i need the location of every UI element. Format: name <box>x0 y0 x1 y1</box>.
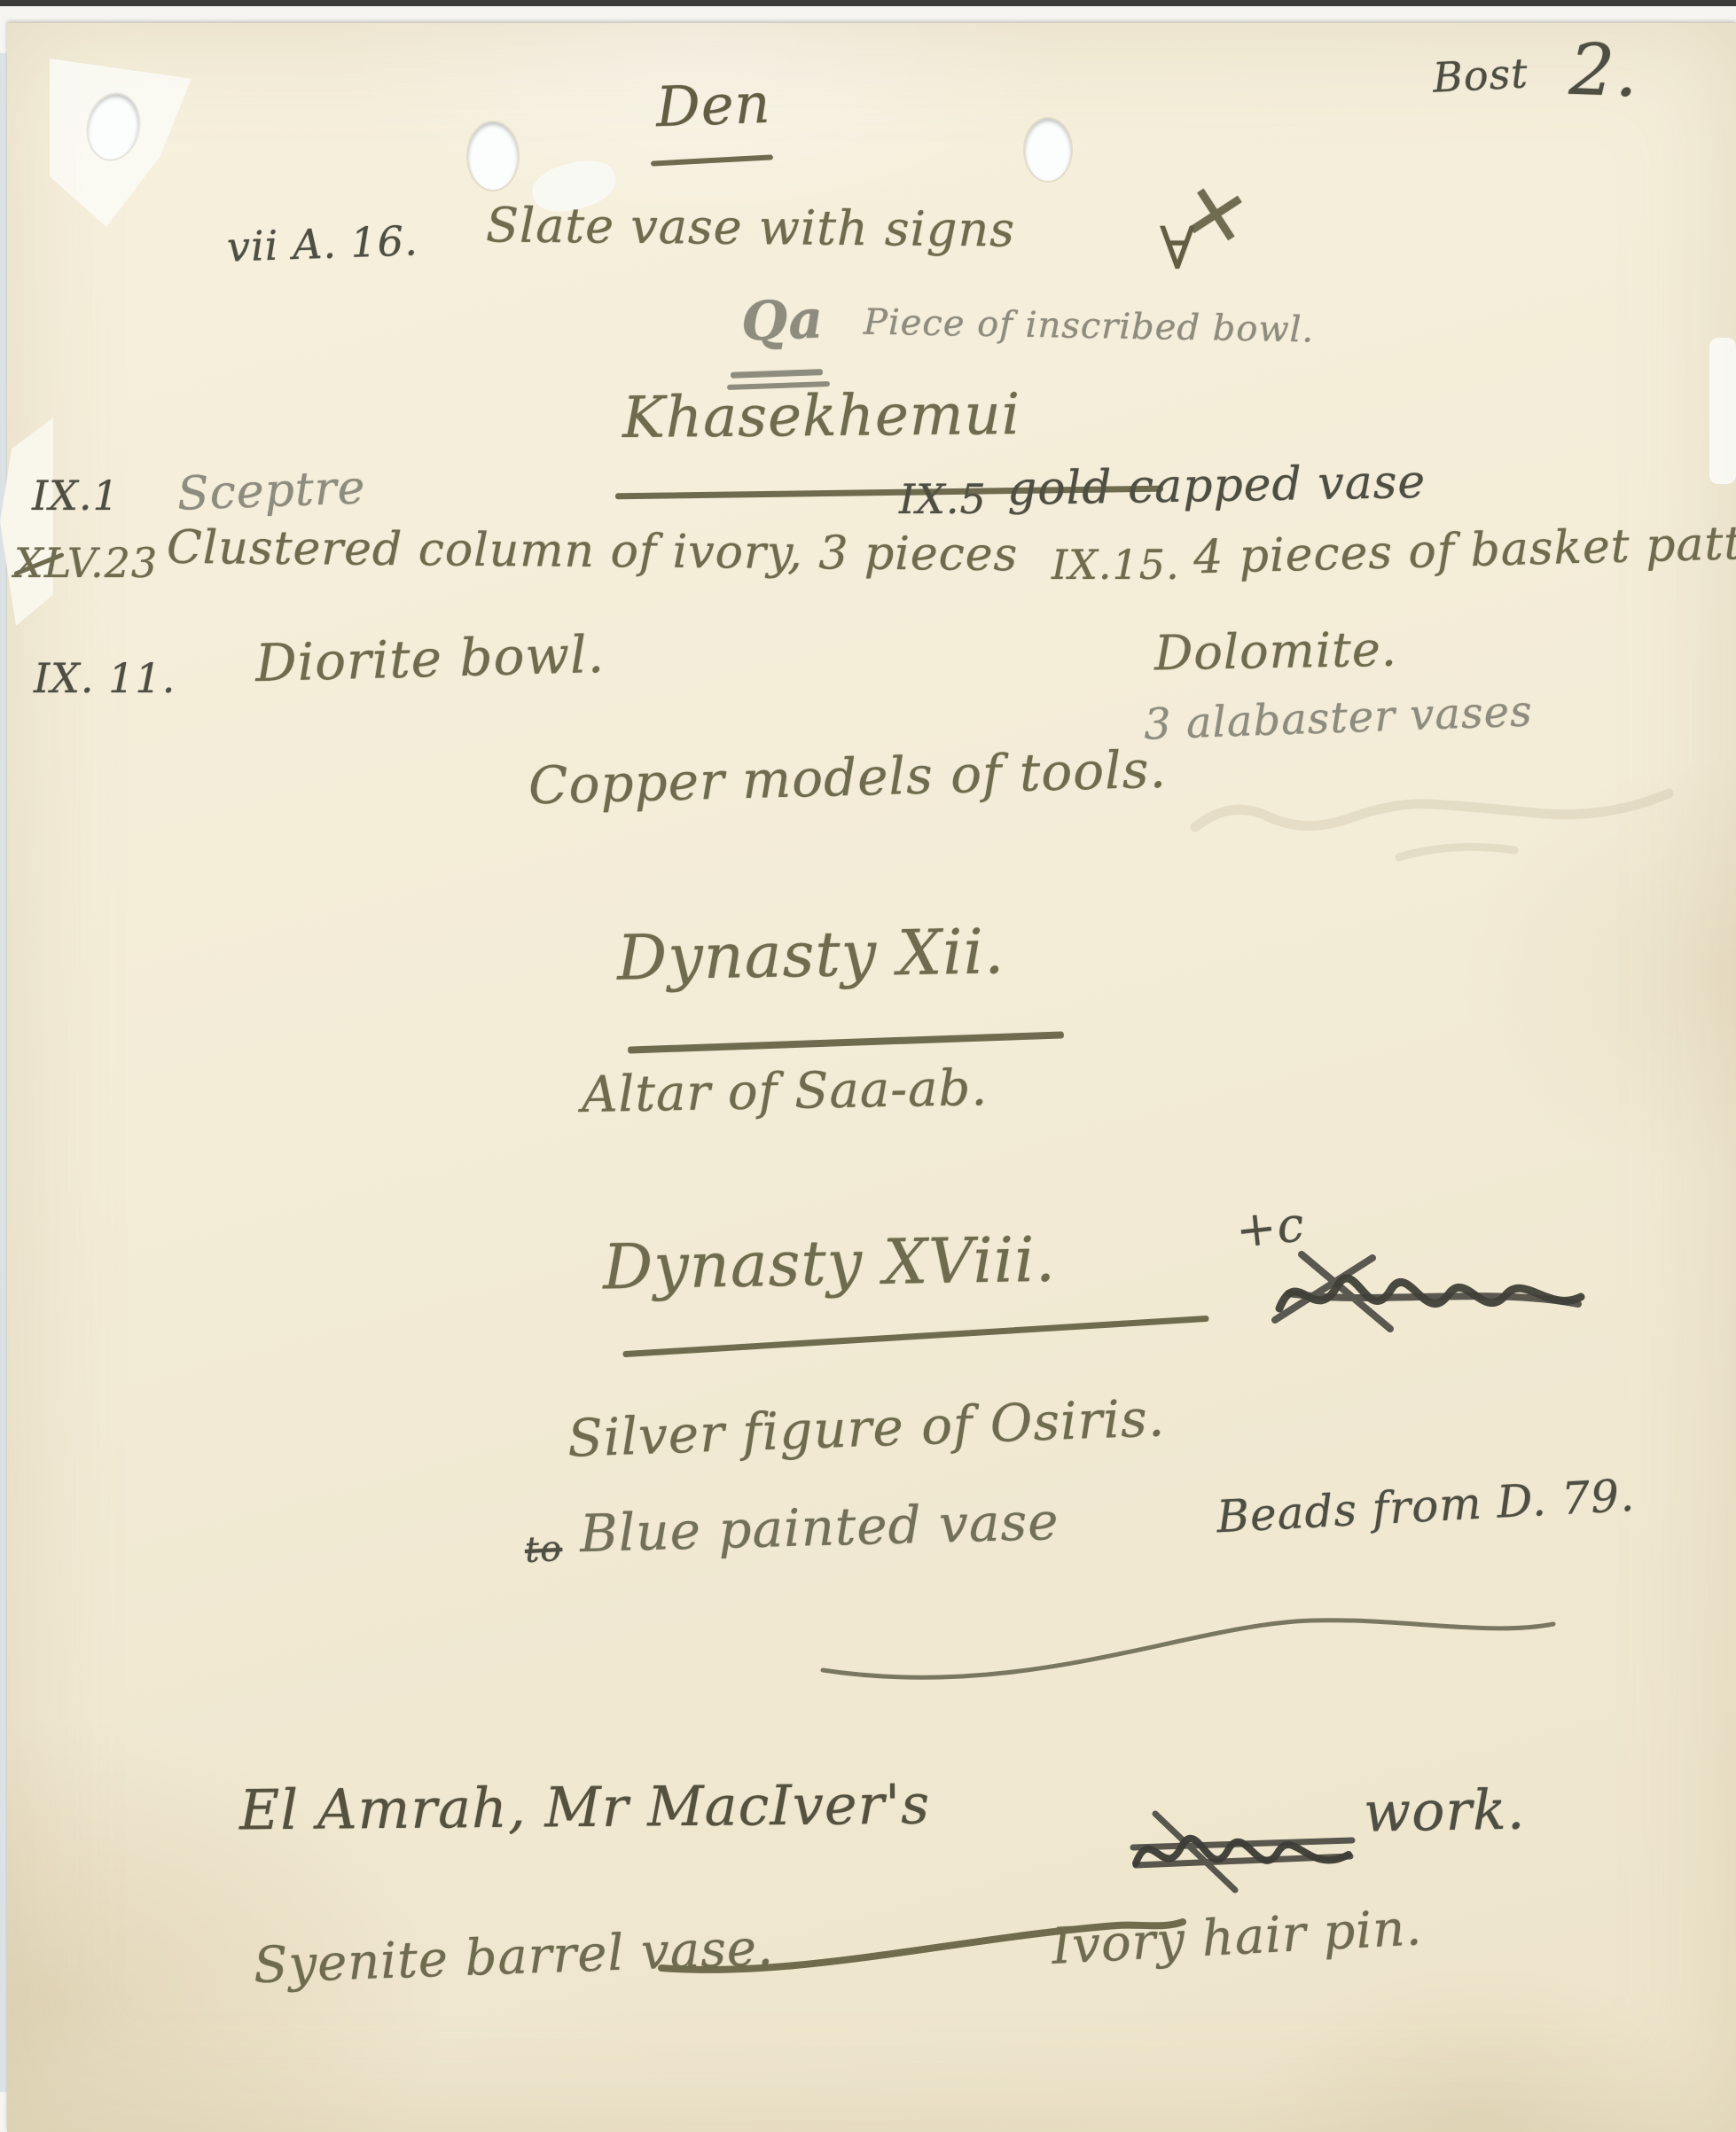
torn-edge-flap <box>0 418 53 626</box>
den-entry-text: Slate vase with signs <box>486 201 1015 254</box>
entry-ref-ix1: IX.1 <box>32 475 120 516</box>
entry-ref-ix15: IX.15. <box>1052 544 1180 585</box>
entry-blue-painted-vase: Blue painted vase <box>579 1496 1060 1559</box>
dynasty-xii-underline <box>628 1031 1064 1053</box>
entry-basket-pattern: 4 pieces of basket pattern <box>1193 519 1736 582</box>
entry-clustered-column: Clustered column of ivory, 3 pieces <box>167 525 1019 578</box>
qa-note: Piece of inscribed bowl. <box>864 305 1315 348</box>
entry-altar: Altar of Saa-ab. <box>582 1064 989 1121</box>
entry-copper-models: Copper models of tools. <box>528 744 1167 812</box>
entry-ref-ix11: IX. 11. <box>34 658 176 699</box>
erased-pencil-ghost <box>1186 772 1683 870</box>
el-amrah-heading-start: El Amrah, Mr MacIver's <box>239 1777 931 1839</box>
qa-underline-1 <box>731 369 823 379</box>
divider-flourish <box>816 1608 1560 1692</box>
den-entry-ref: vii A. 16. <box>226 220 418 267</box>
den-heading: Den <box>655 76 771 135</box>
scan-top-edge <box>0 0 1736 6</box>
entry-silver-osiris: Silver figure of Osiris. <box>567 1392 1166 1464</box>
collection-label: Bost <box>1432 52 1529 98</box>
scribbled-out-word-2 <box>1129 1801 1359 1894</box>
punch-hole-center <box>468 122 518 190</box>
entry-gold-capped-vase: gold capped vase <box>1007 459 1427 512</box>
dynasty-xii-heading: Dynasty Xii. <box>616 920 1005 989</box>
entry-dolomite: Dolomite. <box>1154 626 1398 678</box>
scribbled-out-word <box>1266 1242 1594 1344</box>
page-number: 2. <box>1568 35 1640 108</box>
cancelled-hieroglyph: ∀ ✕ <box>1153 197 1277 303</box>
struck-word-to: to <box>524 1531 563 1568</box>
entry-beads-d79: Beads from D. 79. <box>1216 1473 1636 1540</box>
qa-label: Qa <box>740 293 825 348</box>
entry-sceptre: Sceptre <box>176 465 366 517</box>
entry-syenite-vase: Syenite barrel vase. <box>253 1924 774 1991</box>
punch-hole-right <box>1025 119 1071 181</box>
den-underline <box>651 154 773 166</box>
scanned-document: Bost 2. Den vii A. 16. Slate vase with s… <box>0 0 1736 2132</box>
entry-ref-ix5: IX.5 <box>899 479 987 519</box>
right-edge-nick <box>1709 338 1736 484</box>
dynasty-xviii-underline <box>622 1316 1208 1357</box>
el-amrah-heading-end: work. <box>1363 1782 1525 1839</box>
entry-diorite-bowl: Diorite bowl. <box>254 629 605 689</box>
notebook-page: Bost 2. Den vii A. 16. Slate vase with s… <box>7 23 1736 2132</box>
khasekhemui-heading: Khasekhemui <box>622 387 1021 447</box>
strike-x-mark: ✕ <box>1176 171 1256 262</box>
dynasty-xviii-heading: Dynasty XViii. <box>602 1229 1056 1299</box>
entry-alabaster-vases: 3 alabaster vases <box>1143 690 1533 746</box>
